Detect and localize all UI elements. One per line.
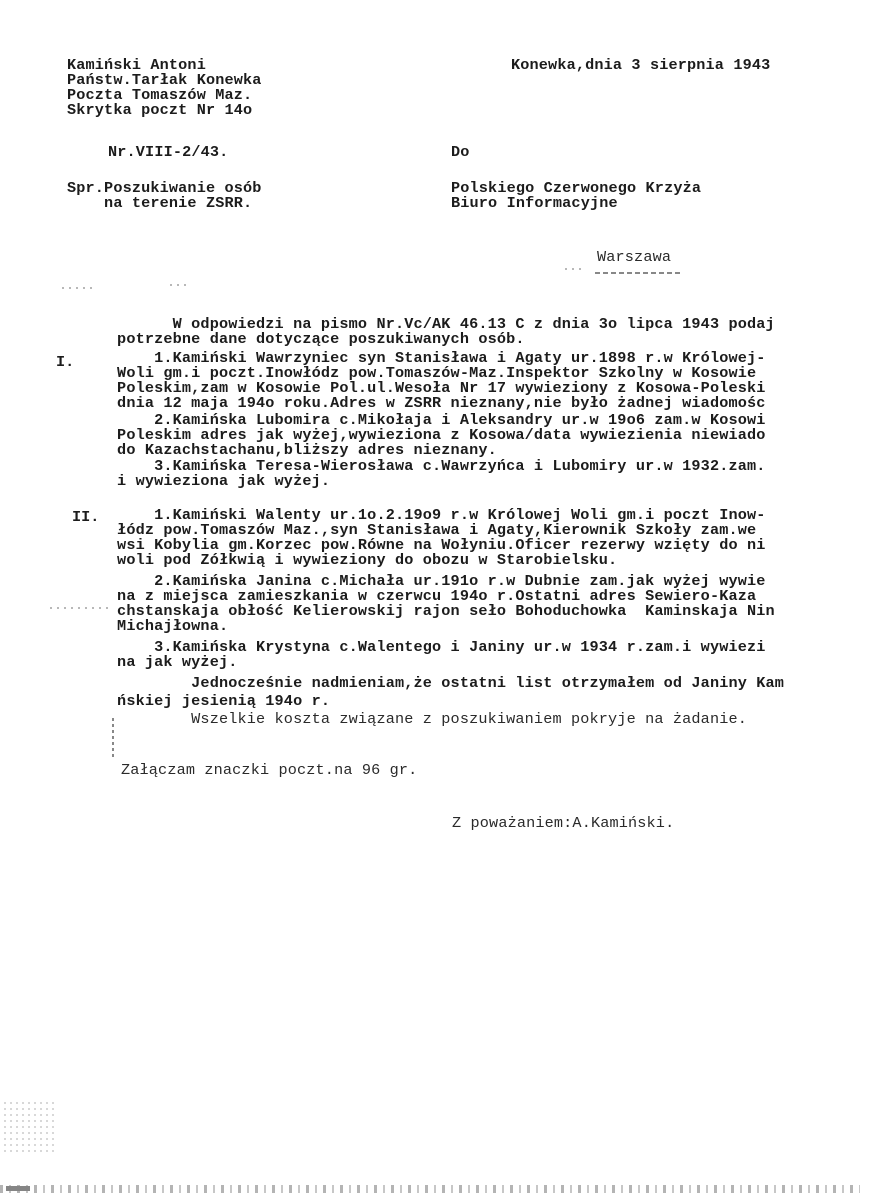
- body-line: woli pod Zółkwią i wywieziony do obozu w…: [80, 553, 617, 568]
- recipient-city: Warszawa: [597, 250, 671, 265]
- scan-speck: [565, 268, 585, 270]
- body-line: na jak wyżej.: [80, 655, 238, 670]
- margin-mark: [112, 718, 114, 758]
- recipient-line-2: Biuro Informacyjne: [451, 196, 618, 211]
- reference-number: Nr.VIII-2/43.: [108, 145, 228, 160]
- scan-noise: [2, 1100, 57, 1155]
- body-line: dnia 12 maja 194o roku.Adres w ZSRR niez…: [80, 396, 766, 411]
- scan-speck: [62, 287, 92, 289]
- body-line: Jednocześnie nadmieniam,że ostatni list …: [80, 676, 784, 691]
- body-line: ńskiej jesienią 194o r.: [80, 694, 330, 709]
- scan-speck: [170, 284, 188, 286]
- scan-edge-noise: [0, 1185, 860, 1193]
- scanned-letter-page: Kamiński Antoni Państw.Tarłak Konewka Po…: [0, 0, 872, 1200]
- closing-signature: Z poważaniem:A.Kamiński.: [452, 816, 674, 831]
- body-line: Michajłowna.: [80, 619, 228, 634]
- body-line: potrzebne dane dotyczące poszukiwanych o…: [80, 332, 525, 347]
- subject-line-2: na terenie ZSRR.: [67, 196, 252, 211]
- sender-po-box: Skrytka poczt Nr 14o: [67, 103, 252, 118]
- body-line: i wywieziona jak wyżej.: [80, 474, 330, 489]
- city-underline: [595, 272, 681, 274]
- place-date: Konewka,dnia 3 sierpnia 1943: [511, 58, 770, 73]
- body-line: Wszelkie koszta związane z poszukiwaniem…: [80, 712, 747, 727]
- body-line: do Kazachstachanu,bliższy adres nieznany…: [80, 443, 497, 458]
- section-marker-1: I.: [56, 353, 74, 371]
- enclosure-note: Załączam znaczki poczt.na 96 gr.: [121, 763, 417, 778]
- to-label: Do: [451, 145, 470, 160]
